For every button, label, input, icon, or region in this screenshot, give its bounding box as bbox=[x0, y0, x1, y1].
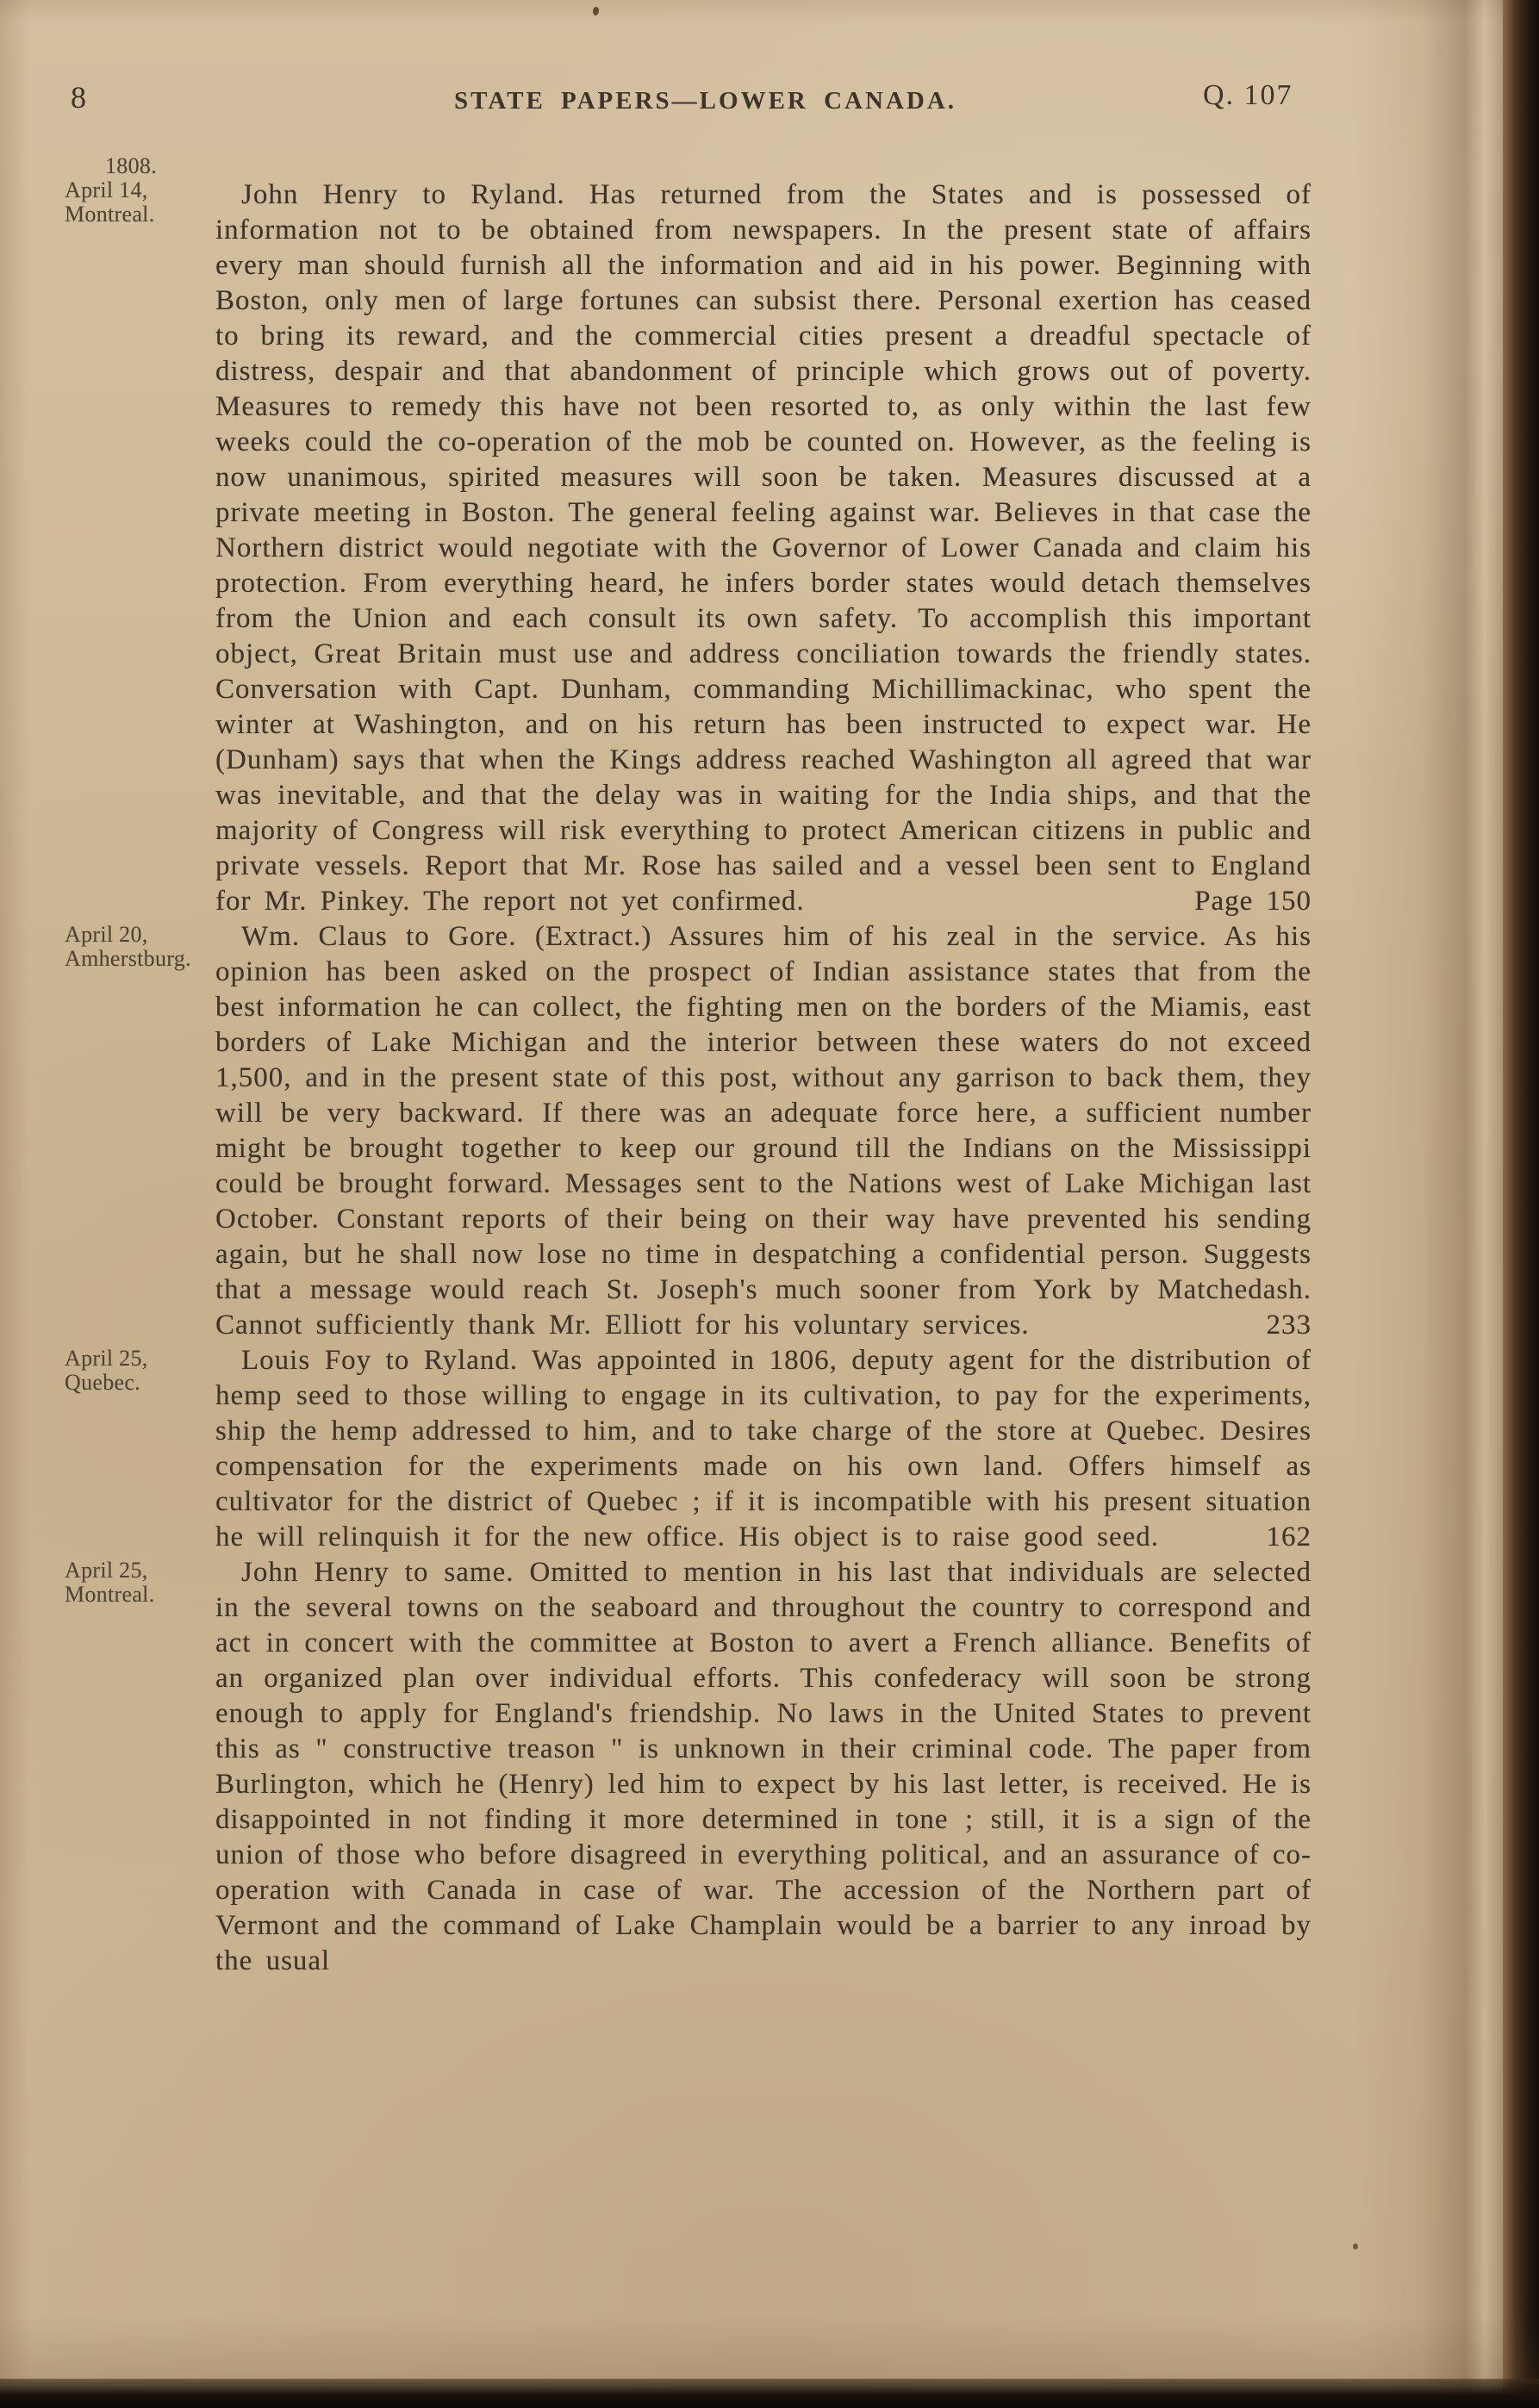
margin-note: 1808. April 14, Montreal. bbox=[65, 154, 213, 227]
bottom-edge-dark-strip bbox=[0, 2379, 1539, 2408]
margin-note: April 25, Quebec. bbox=[65, 1347, 213, 1395]
calendar-entry: 1808. April 14, Montreal. John Henry to … bbox=[215, 177, 1312, 919]
margin-note-place: Montreal. bbox=[65, 1583, 213, 1607]
entry-body: Louis Foy to Ryland. Was appointed in 18… bbox=[215, 1345, 1312, 1552]
entry-body: John Henry to Ryland. Has returned from … bbox=[215, 179, 1312, 917]
entry-body: John Henry to same. Omitted to mention i… bbox=[215, 1557, 1312, 1976]
page-number: 8 bbox=[71, 79, 87, 115]
margin-note-date: April 25, bbox=[65, 1347, 213, 1371]
calendar-entry: April 20, Amherstburg. Wm. Claus to Gore… bbox=[215, 919, 1312, 1343]
entry-text: John Henry to same. Omitted to mention i… bbox=[215, 1555, 1312, 1979]
volume-reference: Q. 107 bbox=[1203, 79, 1293, 112]
margin-note-date: April 25, bbox=[65, 1559, 213, 1583]
margin-note-date: April 20, bbox=[65, 923, 213, 947]
margin-note: April 25, Montreal. bbox=[65, 1559, 213, 1607]
left-edge-shadow bbox=[0, 0, 29, 2408]
scanned-book-page: 8 STATE PAPERS—LOWER CANADA. Q. 107 1808… bbox=[0, 0, 1539, 2408]
page-ref: 233 bbox=[1241, 1308, 1312, 1343]
ink-fleck bbox=[1353, 2243, 1358, 2249]
margin-note-date: April 14, bbox=[65, 178, 213, 202]
margin-note-place: Quebec. bbox=[65, 1371, 213, 1395]
entry-text: Wm. Claus to Gore. (Extract.) Assures hi… bbox=[215, 919, 1312, 1343]
page-ref: Page 150 bbox=[1168, 884, 1312, 919]
margin-note-year: 1808. bbox=[65, 154, 213, 178]
entry-text: Louis Foy to Ryland. Was appointed in 18… bbox=[215, 1343, 1312, 1555]
margin-note-place: Montreal. bbox=[65, 202, 213, 227]
running-title: STATE PAPERS—LOWER CANADA. bbox=[454, 87, 956, 115]
bottom-shadow bbox=[0, 2315, 1539, 2384]
text-column: 1808. April 14, Montreal. John Henry to … bbox=[215, 177, 1312, 1979]
page-ref: 162 bbox=[1241, 1520, 1312, 1555]
top-edge-shadow bbox=[0, 0, 1539, 22]
calendar-entry: April 25, Montreal. John Henry to same. … bbox=[215, 1555, 1312, 1979]
entry-body: Wm. Claus to Gore. (Extract.) Assures hi… bbox=[215, 921, 1312, 1341]
margin-note: April 20, Amherstburg. bbox=[65, 923, 213, 971]
page-edge-dark-strip bbox=[1503, 0, 1539, 2408]
entry-text: John Henry to Ryland. Has returned from … bbox=[215, 177, 1312, 919]
calendar-entry: April 25, Quebec. Louis Foy to Ryland. W… bbox=[215, 1343, 1312, 1555]
margin-note-place: Amherstburg. bbox=[65, 947, 213, 971]
gutter-fold-shadow bbox=[1354, 0, 1505, 2408]
